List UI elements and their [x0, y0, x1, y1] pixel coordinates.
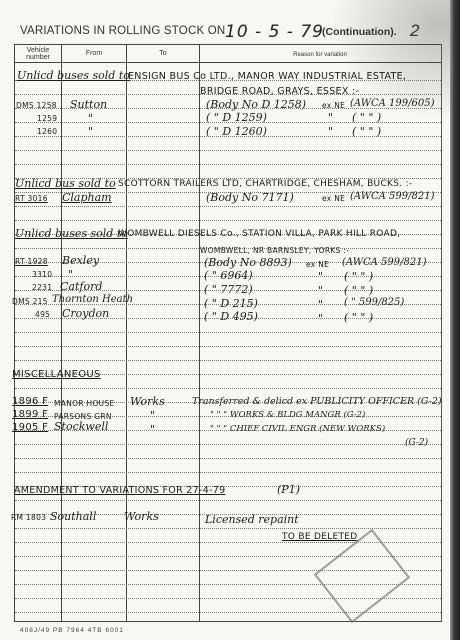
ruled-line — [15, 332, 441, 333]
ex-ne: ex NE — [322, 101, 345, 110]
page-number: 2 — [410, 21, 419, 41]
awca-ref: (AWCA 199/605) — [350, 98, 435, 109]
reason-text: " " " WORKS & BLDG MANGR (G-2) — [210, 410, 365, 420]
vehicle-number: RM 1803 — [11, 513, 46, 522]
body-number: (Body No 7171) — [206, 191, 294, 204]
scottorn-heading-caps: SCOTTORN TRAILERS LTD, CHARTRIDGE, CHESH… — [118, 179, 412, 189]
to-location: " — [150, 423, 155, 436]
ruled-line — [15, 458, 441, 459]
misc-heading: MISCELLANEOUS — [12, 369, 101, 380]
awca-ref: ( " " ) — [344, 284, 373, 297]
reason-text: Licensed repaint — [205, 513, 299, 526]
print-code: 408J/49 PB 7964 4TB 6001 — [20, 627, 124, 634]
from-location: " — [88, 125, 93, 138]
from-location: MANOR HOUSE — [54, 399, 115, 408]
awca-ref: (AWCA 599/821) — [350, 191, 435, 202]
scottorn-heading-hand: Unlicd bus sold to — [15, 177, 116, 190]
from-location: Croydon — [62, 307, 109, 320]
from-location: " — [88, 112, 93, 125]
body-number: ( " D 215) — [204, 297, 258, 310]
vehicle-number: 2231 — [32, 283, 52, 292]
from-location: Thornton Heath — [52, 294, 133, 305]
to-location: " — [150, 409, 155, 422]
from-location: Southall — [50, 510, 96, 523]
vehicle-number: 1899 F — [12, 409, 48, 420]
ruled-line — [15, 612, 441, 613]
ensign-heading-caps: ENSIGN BUS Co LTD., MANOR WAY INDUSTRIAL… — [128, 71, 406, 82]
body-number: ( " 6964) — [204, 269, 253, 282]
column-divider — [61, 45, 62, 621]
wombwell-heading-hand: Unlicd buses sold to — [15, 227, 128, 240]
body-number: ( " D 495) — [204, 310, 258, 323]
from-location: Catford — [60, 280, 102, 293]
col-to: To — [127, 50, 199, 57]
continuation-label: (Continuation). — [322, 26, 397, 38]
ex-ne: ex NE — [306, 260, 329, 269]
column-divider — [126, 45, 127, 621]
column-divider — [199, 45, 200, 621]
ex-ne: " — [328, 111, 333, 124]
reason-text: Transferred & delicd ex PUBLICITY OFFICE… — [192, 396, 442, 407]
wombwell-heading-caps: WOMBWELL DIESELS Co., STATION VILLA, PAR… — [118, 229, 400, 239]
ex-ne: ex NE — [322, 194, 345, 203]
vehicle-number: 3310 — [32, 270, 52, 279]
deletion-note: TO BE DELETED — [282, 532, 358, 542]
ensign-heading-hand: Unlicd buses sold to — [17, 69, 130, 82]
vehicle-number: RT 1928 — [15, 257, 48, 266]
ruled-line — [15, 444, 441, 445]
vehicle-number: DMS 1258 — [16, 101, 57, 110]
vehicle-number: RT 3016 — [15, 194, 48, 203]
col-reason: Reason for variation — [200, 52, 440, 59]
to-location: Works — [130, 395, 165, 408]
binding-edge — [450, 0, 460, 640]
ruled-line — [15, 528, 441, 529]
awca-ref: ( " " ) — [352, 125, 381, 138]
ensign-address: BRIDGE ROAD, GRAYS, ESSEX :- — [200, 86, 359, 97]
ex-ne: " — [318, 298, 323, 311]
ruled-line — [15, 220, 441, 221]
vehicle-number: DMS 215 — [12, 297, 48, 306]
body-number: (Body No 8893) — [204, 256, 292, 269]
awca-ref: ( " " ) — [344, 270, 373, 283]
ruled-line — [15, 472, 441, 473]
reason-text: (G-2) — [405, 438, 428, 448]
form-title: VARIATIONS IN ROLLING STOCK ON — [20, 25, 225, 37]
body-number: (Body No D 1258) — [206, 98, 306, 111]
awca-ref: ( " 599/825) — [344, 297, 404, 308]
ex-ne: " — [328, 125, 333, 138]
ex-ne: " — [318, 312, 323, 325]
col-from: From — [62, 50, 126, 57]
from-location: Sutton — [70, 98, 107, 111]
from-location: Clapham — [62, 191, 112, 204]
ruled-line — [15, 360, 441, 361]
body-number: ( " 7772) — [204, 283, 253, 296]
from-location: Stockwell — [54, 420, 108, 433]
vehicle-number: 1896 F — [12, 396, 48, 407]
to-location: Works — [124, 510, 159, 523]
body-number: ( " D 1260) — [206, 125, 267, 138]
ex-ne: " — [318, 284, 323, 297]
ex-ne: " — [318, 270, 323, 283]
col-vehicle-number: Vehicle number — [15, 47, 61, 61]
amendment-ref: (P1) — [277, 483, 300, 496]
ruled-line — [15, 164, 441, 165]
ruled-line — [15, 206, 441, 207]
awca-ref: (AWCA 599/821) — [342, 257, 427, 268]
wombwell-address: WOMBWELL, NR BARNSLEY, YORKS :- — [200, 246, 349, 255]
ruled-line — [15, 346, 441, 347]
amendment-heading: AMENDMENT TO VARIATIONS FOR 27-4-79 — [14, 485, 225, 496]
table-header: Vehicle number From To Reason for variat… — [15, 45, 441, 63]
awca-ref: ( " " ) — [344, 311, 373, 324]
vehicle-number: 1260 — [37, 127, 57, 136]
body-number: ( " D 1259) — [206, 111, 267, 124]
ruled-line — [15, 500, 441, 501]
vehicle-number: 1905 F — [12, 422, 48, 433]
ruled-line — [15, 388, 441, 389]
form-date: 10 - 5 - 79 — [225, 22, 324, 42]
awca-ref: ( " " ) — [352, 111, 381, 124]
vehicle-number: 1259 — [37, 114, 57, 123]
vehicle-number: 495 — [35, 310, 50, 319]
from-location: Bexley — [62, 254, 99, 267]
reason-text: " " " CHIEF CIVIL ENGR (NEW WORKS) — [210, 424, 385, 434]
ruled-line — [15, 150, 441, 151]
